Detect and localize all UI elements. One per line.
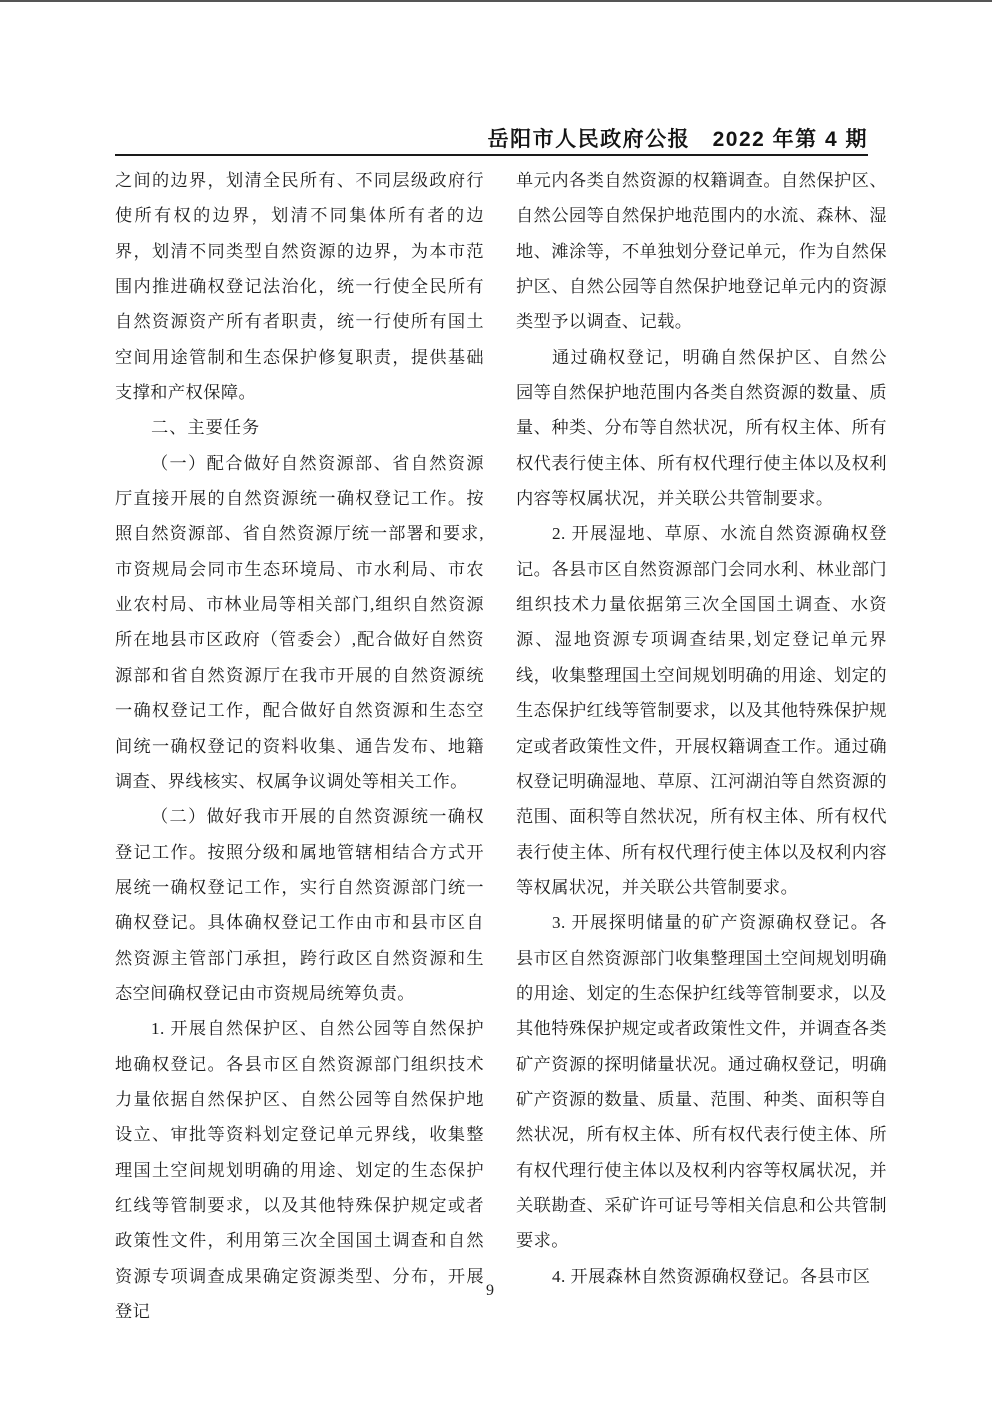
paragraph: 通过确权登记，明确自然保护区、自然公园等自然保护地范围内各类自然资源的数量、质量…	[516, 340, 887, 517]
header-rule	[115, 154, 868, 156]
section-heading: 二、主要任务	[115, 410, 484, 445]
paragraph: （一）配合做好自然资源部、省自然资源厅直接开展的自然资源统一确权登记工作。按照自…	[115, 446, 484, 799]
paragraph: 3. 开展探明储量的矿产资源确权登记。各县市区自然资源部门收集整理国土空间规划明…	[516, 905, 887, 1258]
paragraph: （二）做好我市开展的自然资源统一确权登记工作。按照分级和属地管辖相结合方式开展统…	[115, 799, 484, 1011]
paragraph: 2. 开展湿地、草原、水流自然资源确权登记。各县市区自然资源部门会同水利、林业部…	[516, 516, 887, 905]
column-right: 单元内各类自然资源的权籍调查。自然保护区、自然公园等自然保护地范围内的水流、森林…	[516, 163, 887, 1294]
page-top-edge	[0, 0, 992, 2]
column-left: 之间的边界，划清全民所有、不同层级政府行使所有权的边界，划清不同集体所有者的边界…	[115, 163, 484, 1329]
gazette-page: 岳阳市人民政府公报 2022 年第 4 期 之间的边界，划清全民所有、不同层级政…	[0, 0, 992, 1403]
gazette-header-title: 岳阳市人民政府公报 2022 年第 4 期	[115, 123, 868, 153]
paragraph: 之间的边界，划清全民所有、不同层级政府行使所有权的边界，划清不同集体所有者的边界…	[115, 163, 484, 410]
page-number: 9	[115, 1282, 865, 1300]
paragraph: 单元内各类自然资源的权籍调查。自然保护区、自然公园等自然保护地范围内的水流、森林…	[516, 163, 887, 340]
